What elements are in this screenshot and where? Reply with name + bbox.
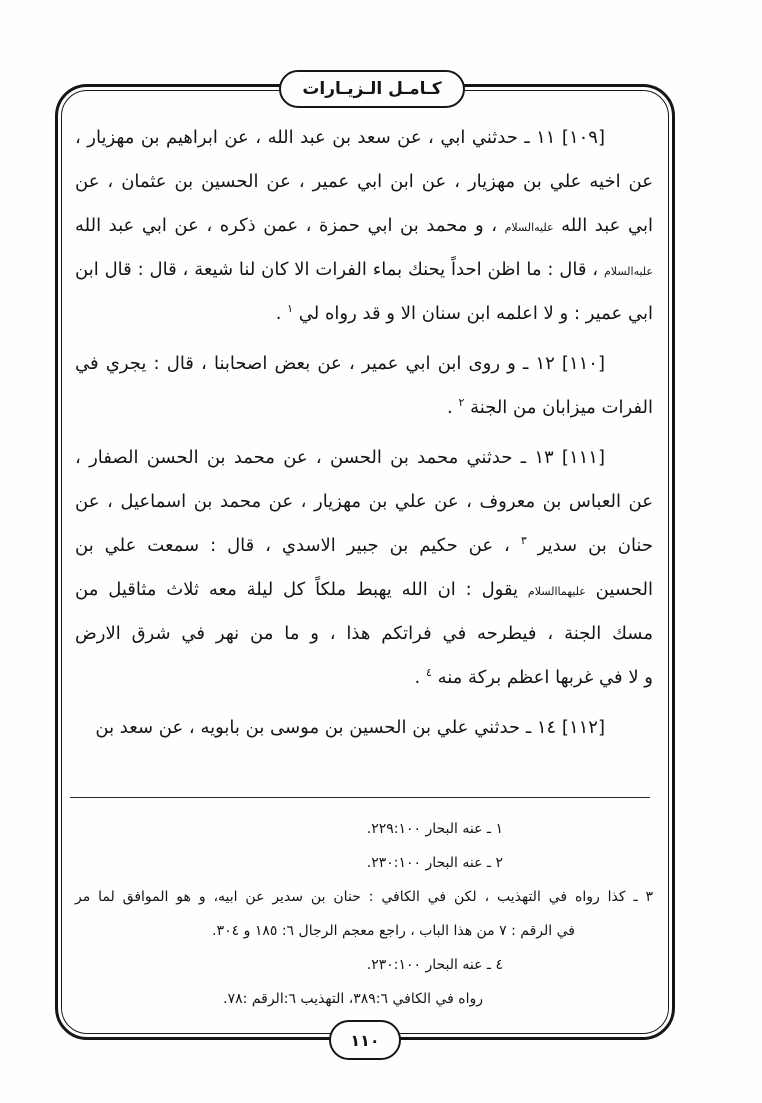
alayhis-salam-mark: عليه‌السلام bbox=[505, 221, 554, 234]
book-title: كـامـل الـزيـارات bbox=[302, 79, 441, 99]
body-line: [١٠٩] ١١ ـ حدثني ابي ، عن سعد بن عبد الل… bbox=[75, 116, 653, 160]
body-line: [١١٢] ١٤ ـ حدثني علي بن الحسين بن موسى ب… bbox=[75, 706, 653, 750]
book-page: { "page": { "header_title": "كـامـل الـز… bbox=[0, 0, 762, 1103]
hadith-11-paragraph: [١٠٩] ١١ ـ حدثني ابي ، عن سعد بن عبد الل… bbox=[75, 116, 653, 336]
hadith-12-paragraph: [١١٠] ١٢ ـ و روى ابن ابي عمير ، عن بعض ا… bbox=[75, 342, 653, 430]
body-line-text: حنان بن سدير bbox=[527, 535, 653, 556]
footnote-1: ١ ـ عنه البحار ٢٢٩:١٠٠. bbox=[75, 812, 653, 846]
body-line: عليه‌السلام ، قال : ما اظن احداً يحنك بم… bbox=[75, 248, 653, 292]
body-line: الحسين عليهما‌السلام يقول : ان الله يهبط… bbox=[75, 568, 653, 612]
body-line-text: ابي عبد الله bbox=[554, 215, 653, 236]
alayhima-salam-mark: عليهما‌السلام bbox=[528, 585, 586, 598]
main-text: [١٠٩] ١١ ـ حدثني ابي ، عن سعد بن عبد الل… bbox=[75, 116, 653, 756]
book-title-capsule: كـامـل الـزيـارات bbox=[279, 70, 465, 108]
body-line-text: يقول : ان الله يهبط ملكاً كل ليلة معه ثل… bbox=[75, 579, 528, 600]
body-line: مسك الجنة ، فيطرحه في فراتكم هذا ، و ما … bbox=[75, 612, 653, 656]
body-line: الفرات ميزابان من الجنة ٢ . bbox=[75, 386, 653, 430]
body-line-text: و لا في غربها اعظم بركة منه bbox=[432, 667, 653, 688]
body-line: ابي عبد الله عليه‌السلام ، و محمد بن ابي… bbox=[75, 204, 653, 248]
body-line-text: الحسين bbox=[586, 579, 653, 600]
body-line: ابي عمير : و لا اعلمه ابن سنان الا و قد … bbox=[75, 292, 653, 336]
body-line-text: ، قال : ما اظن احداً يحنك بماء الفرات ال… bbox=[75, 259, 604, 280]
footnote-2: ٢ ـ عنه البحار ٢٣٠:١٠٠. bbox=[75, 846, 653, 880]
body-line: و لا في غربها اعظم بركة منه ٤ . bbox=[75, 656, 653, 700]
footnote-3-line-1: ٣ ـ كذا رواه في التهذيب ، لكن في الكافي … bbox=[75, 880, 653, 914]
hadith-14-paragraph: [١١٢] ١٤ ـ حدثني علي بن الحسين بن موسى ب… bbox=[75, 706, 653, 750]
hadith-13-paragraph: [١١١] ١٣ ـ حدثني محمد بن الحسن ، عن محمد… bbox=[75, 436, 653, 700]
footnotes-block: ١ ـ عنه البحار ٢٢٩:١٠٠. ٢ ـ عنه البحار ٢… bbox=[75, 812, 653, 1016]
body-line: [١١١] ١٣ ـ حدثني محمد بن الحسن ، عن محمد… bbox=[75, 436, 653, 480]
body-line-text: . bbox=[447, 397, 458, 418]
body-line-text: . bbox=[276, 303, 287, 324]
alayhis-salam-mark: عليه‌السلام bbox=[604, 265, 653, 278]
footnote-4-continuation: رواه في الكافي ٣٨٩:٦، التهذيب ٦:الرقم :٧… bbox=[75, 982, 653, 1016]
page-number: ١١٠ bbox=[350, 1031, 379, 1050]
footnote-3-line-2: في الرقم : ٧ من هذا الباب ، راجع معجم ال… bbox=[75, 914, 653, 948]
body-line-text: الفرات ميزابان من الجنة bbox=[464, 397, 653, 418]
body-line-text: ، و محمد بن ابي حمزة ، عمن ذكره ، عن ابي… bbox=[75, 215, 505, 236]
body-line: حنان بن سدير ٣ ، عن حكيم بن جبير الاسدي … bbox=[75, 524, 653, 568]
body-line: [١١٠] ١٢ ـ و روى ابن ابي عمير ، عن بعض ا… bbox=[75, 342, 653, 386]
body-line-text: ابي عمير : و لا اعلمه ابن سنان الا و قد … bbox=[293, 303, 653, 324]
footnote-separator bbox=[70, 797, 650, 798]
body-line-text: ، عن حكيم بن جبير الاسدي ، قال : سمعت عل… bbox=[75, 535, 521, 556]
body-line-text: . bbox=[415, 667, 426, 688]
footnote-4: ٤ ـ عنه البحار ٢٣٠:١٠٠. bbox=[75, 948, 653, 982]
body-line: عن العباس بن معروف ، عن علي بن مهزيار ، … bbox=[75, 480, 653, 524]
page-number-capsule: ١١٠ bbox=[329, 1020, 401, 1060]
body-line: عن اخيه علي بن مهزيار ، عن ابن ابي عمير … bbox=[75, 160, 653, 204]
